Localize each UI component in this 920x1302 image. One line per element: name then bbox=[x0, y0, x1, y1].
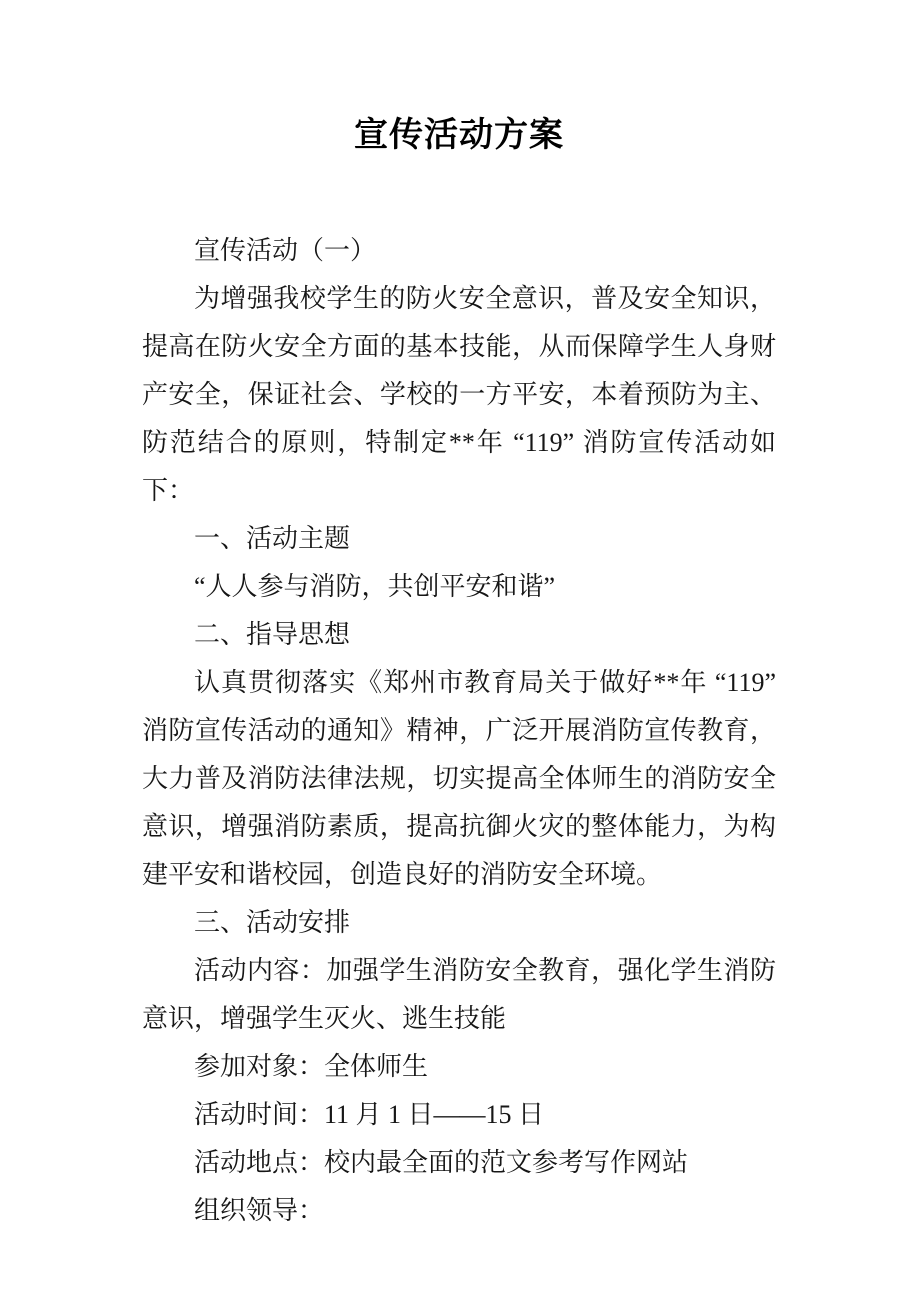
paragraph-participants: 参加对象：全体师生 bbox=[142, 1043, 776, 1091]
paragraph-activity-location: 活动地点：校内最全面的范文参考写作网站 bbox=[142, 1139, 776, 1187]
paragraph-activity-time: 活动时间：11 月 1 日——15 日 bbox=[142, 1091, 776, 1139]
heading-activity-arrangement: 三、活动安排 bbox=[142, 899, 776, 947]
heading-guiding-ideology: 二、指导思想 bbox=[142, 611, 776, 659]
document-page: 宣传活动方案 宣传活动（一） 为增强我校学生的防火安全意识，普及安全知识，提高在… bbox=[0, 0, 920, 1302]
paragraph-theme-slogan: “人人参与消防，共创平安和谐” bbox=[142, 563, 776, 611]
paragraph-guiding-ideology: 认真贯彻落实《郑州市教育局关于做好**年 “119” 消防宣传活动的通知》精神，… bbox=[142, 659, 776, 899]
document-body: 宣传活动（一） 为增强我校学生的防火安全意识，普及安全知识，提高在防火安全方面的… bbox=[142, 227, 776, 1235]
paragraph-activity-content: 活动内容：加强学生消防安全教育，强化学生消防意识，增强学生灭火、逃生技能 bbox=[142, 947, 776, 1043]
paragraph-purpose: 为增强我校学生的防火安全意识，普及安全知识，提高在防火安全方面的基本技能，从而保… bbox=[142, 275, 776, 515]
subtitle-activity-one: 宣传活动（一） bbox=[142, 227, 776, 275]
heading-activity-theme: 一、活动主题 bbox=[142, 515, 776, 563]
document-title: 宣传活动方案 bbox=[142, 113, 776, 157]
paragraph-organization-leadership: 组织领导： bbox=[142, 1187, 776, 1235]
